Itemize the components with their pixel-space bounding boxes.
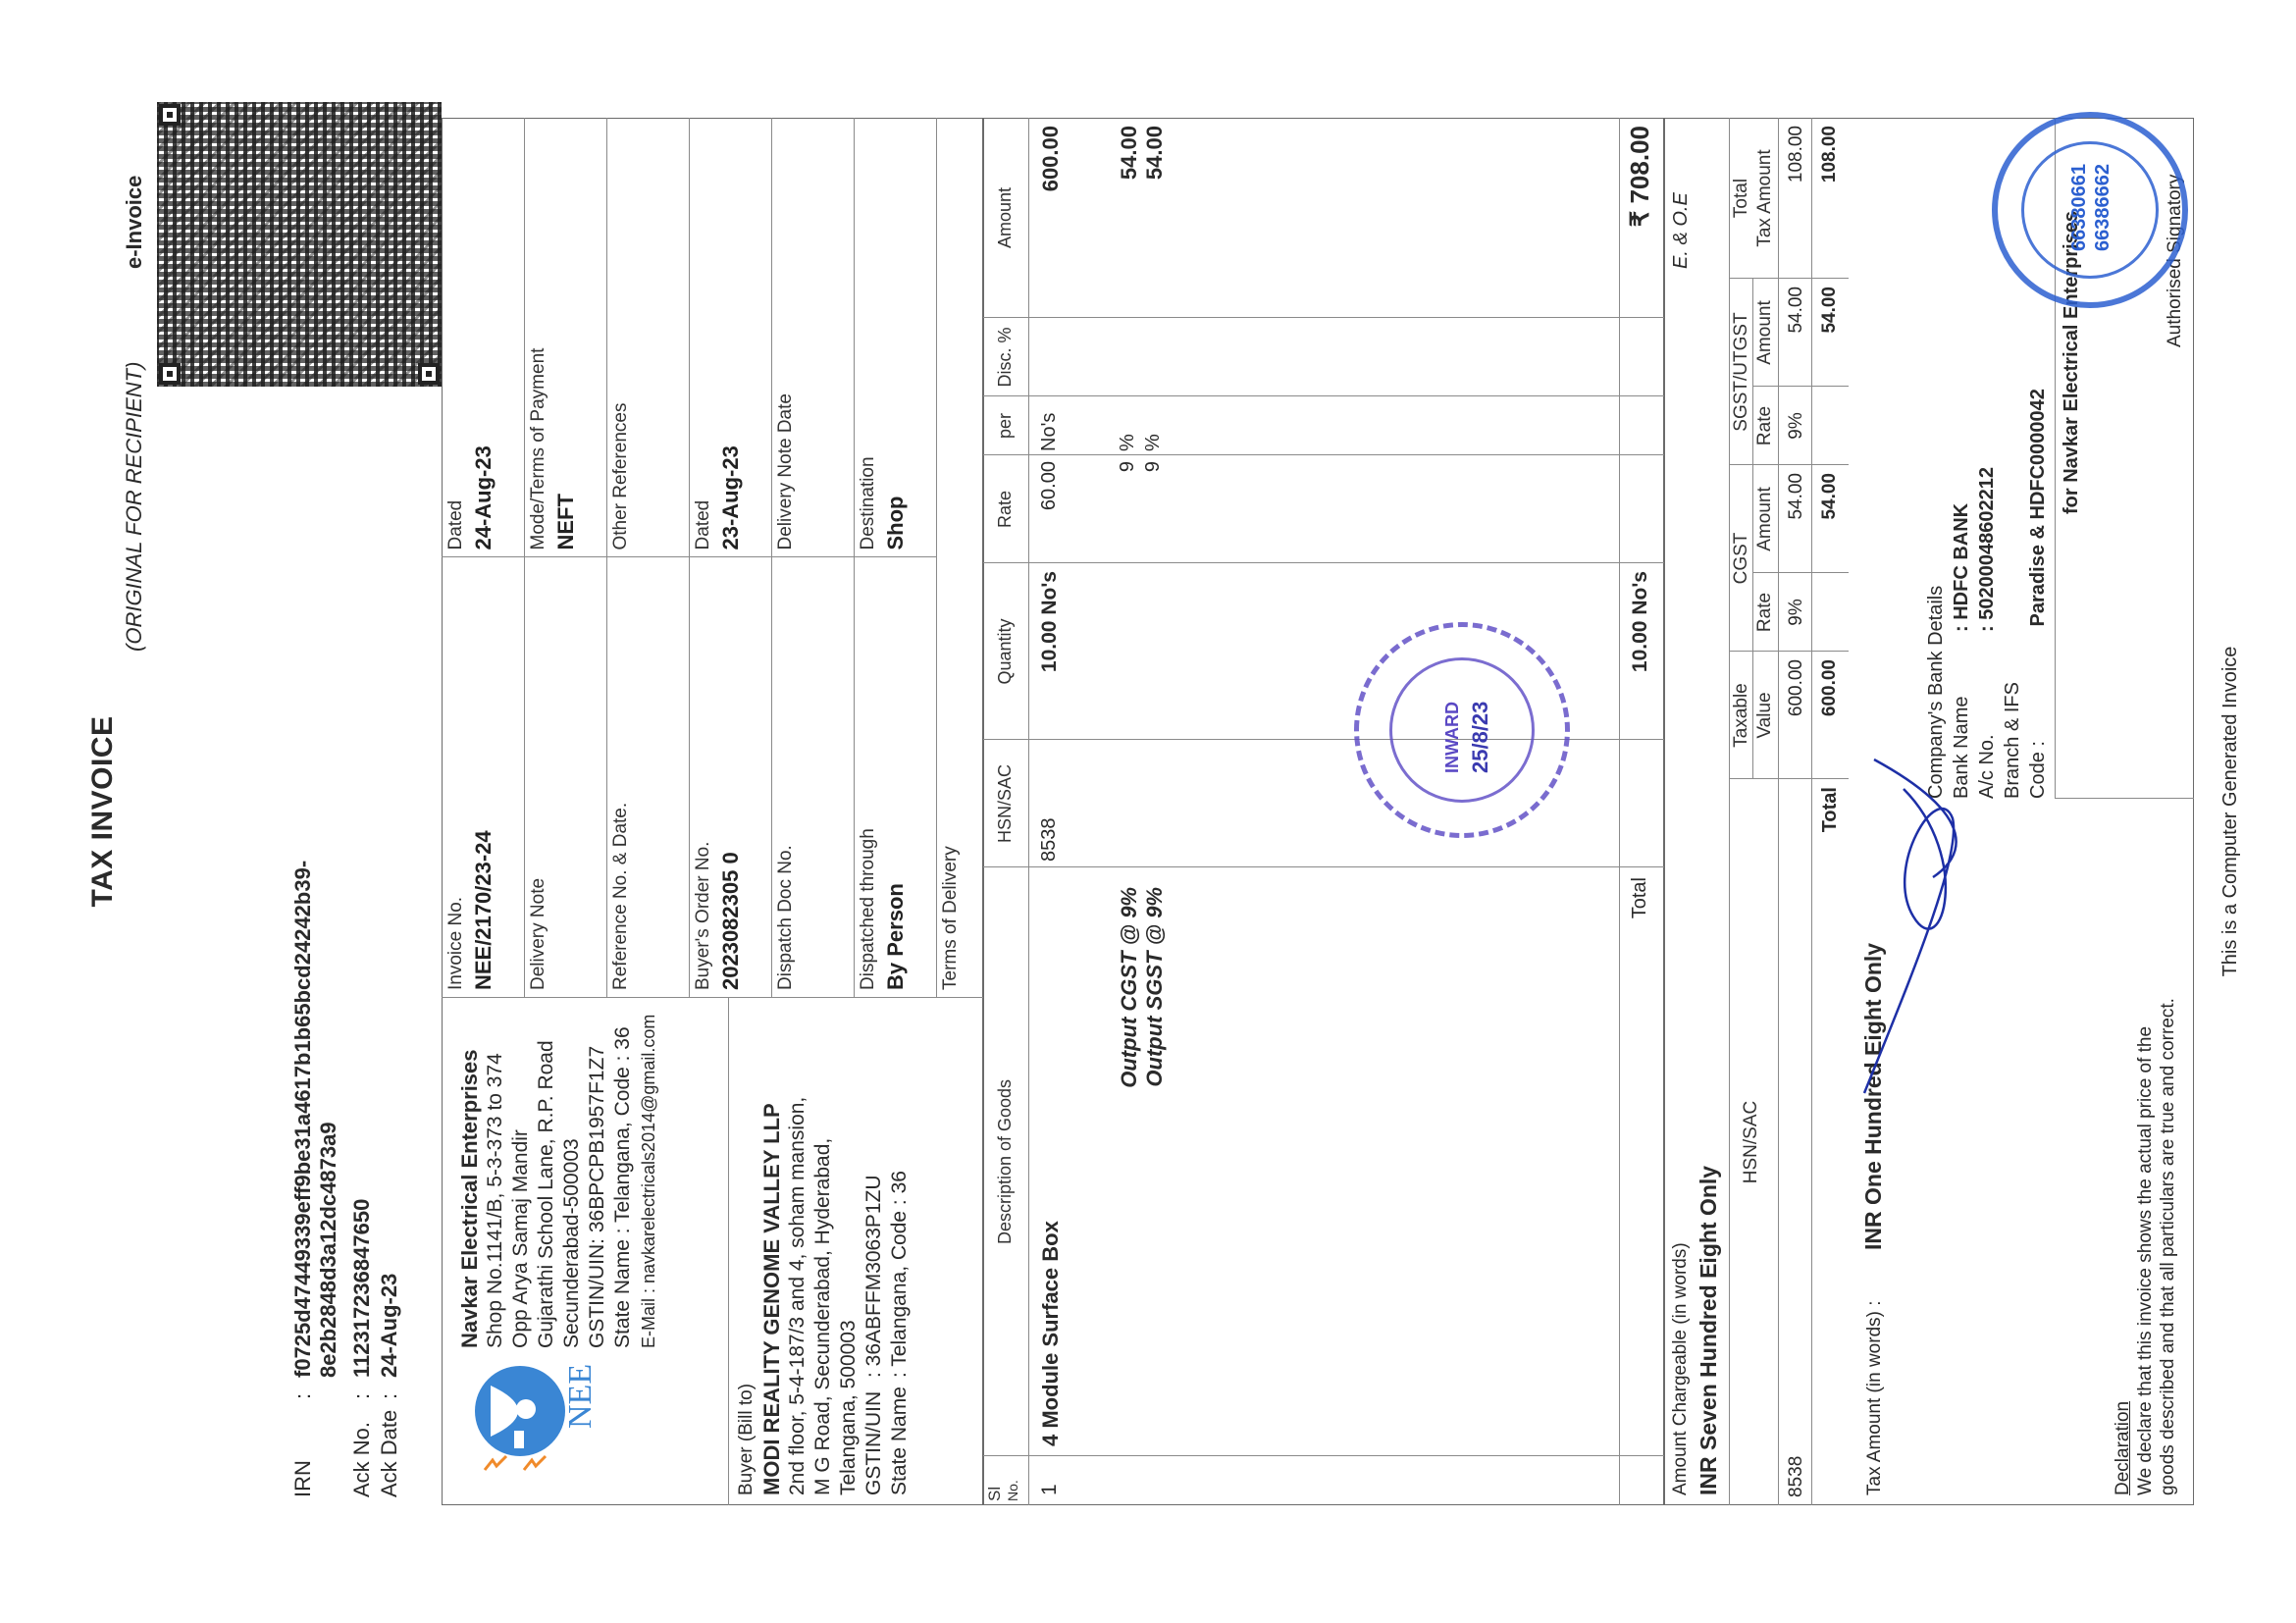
meta-value: By Person [883, 883, 909, 990]
qr-finder-icon [159, 363, 181, 385]
meta-value: 23-Aug-23 [718, 445, 744, 550]
seller-state: State Name : Telangana, Code : 36 [610, 1005, 636, 1348]
signature-icon [1845, 720, 1992, 1113]
eoe-label: E. & O.E [1670, 192, 1693, 269]
item-sl: 1 [1038, 1484, 1062, 1495]
tax-row-amount: 54.00 [1142, 126, 1168, 318]
tax-row-per: % [1117, 434, 1139, 451]
invoice-page: TAX INVOICE (ORIGINAL FOR RECIPIENT) e-I… [0, 0, 2296, 1623]
account-number: : 50200048602212 [1976, 467, 1998, 632]
col-header: Description of Goods [995, 867, 1016, 1456]
tax-row-hsn: 8538 [1786, 1456, 1807, 1497]
tax-row-sgst-rate: 9% [1786, 387, 1807, 465]
buyer-label: Buyer (Bill to) [734, 1005, 759, 1495]
nee-logo-icon: NEE [461, 1350, 599, 1488]
tax-total-cgst: 54.00 [1819, 473, 1841, 573]
meta-label: Buyer's Order No. [693, 842, 714, 990]
meta-label: Mode/Terms of Payment [528, 348, 549, 550]
tax-row-taxable: 600.00 [1786, 659, 1807, 779]
page-title: TAX INVOICE [86, 118, 120, 1505]
bank-name: : HDFC BANK [1951, 503, 1972, 632]
tax-col-taxable: Value [1754, 652, 1776, 779]
divider [1619, 118, 1620, 1505]
divider [936, 118, 937, 998]
item-quantity: 10.00 No's [1038, 571, 1062, 740]
divider [689, 118, 690, 998]
meta-label: Terms of Delivery [940, 846, 962, 990]
tax-total-label: Total [1819, 787, 1842, 1505]
seller-name: Navkar Electrical Enterprises [457, 1005, 483, 1348]
tax-col-amount: Amount [1754, 279, 1776, 387]
tax-col-rate: Rate [1754, 573, 1776, 652]
tax-total-amount: 108.00 [1819, 126, 1841, 279]
branch-label: Branch & IFS Code : [2000, 632, 2051, 799]
buyer-name: MODI REALITY GENOME VALLEY LLP [759, 1005, 785, 1495]
divider [983, 562, 1664, 563]
divider [854, 118, 855, 998]
declaration: Declaration We declare that this invoice… [2112, 998, 2179, 1495]
qr-code-icon [157, 102, 442, 387]
meta-label: Reference No. & Date. [610, 803, 632, 990]
buyer-gstin-label: GSTIN/UIN [861, 1378, 887, 1495]
divider [1752, 279, 1753, 779]
total-quantity: 10.00 No's [1629, 571, 1652, 740]
stamp-phone: 66380661 [2068, 164, 2091, 251]
meta-label: Other References [610, 403, 632, 550]
meta-value: NEFT [553, 494, 579, 550]
divider [983, 454, 1664, 455]
ack-date-value: 24-Aug-23 [377, 1274, 402, 1378]
ack-date-colon: : [377, 1393, 402, 1399]
amount-words-label: Amount Chargeable (in words) [1670, 1242, 1692, 1495]
tax-col-total: Tax Amount [1754, 118, 1776, 279]
divider [983, 317, 1664, 318]
tax-total-taxable: 600.00 [1819, 659, 1841, 779]
tax-words-label: Tax Amount (in words) : [1864, 1300, 1886, 1495]
buyer-state: : Telangana, Code : 36 [888, 1171, 911, 1378]
divider [524, 118, 525, 998]
seller-address-line: Shop No.1141/B, 5-3-373 to 374 [483, 1005, 508, 1348]
footer-note: This is a Computer Generated Invoice [2219, 118, 2242, 1505]
buyer-block: Buyer (Bill to) MODI REALITY GENOME VALL… [734, 1005, 913, 1495]
col-header: HSN/SAC [995, 740, 1016, 867]
seller-gstin: GSTIN/UIN: 36BPCPB1957F1Z7 [585, 1005, 610, 1348]
ack-no-value: 112317236847650 [349, 1199, 375, 1378]
seller-address-line: Opp Arya Samaj Mandir [508, 1005, 534, 1348]
meta-value: 2023082305 0 [718, 852, 744, 990]
receiver-stamp-inward: INWARD [1442, 702, 1463, 773]
col-header: Quantity [995, 563, 1016, 740]
divider [983, 866, 1664, 867]
divider [771, 118, 772, 998]
meta-label: Dispatched through [858, 828, 879, 990]
tax-summary-table: HSN/SACTaxableValueCGSTSGST/UTGSTRateAmo… [1729, 118, 1849, 1505]
meta-label: Dispatch Doc No. [775, 845, 797, 990]
logo-text: NEE [562, 1364, 599, 1429]
col-header-sl: Sl [985, 1487, 1005, 1501]
buyer-state-label: State Name [887, 1378, 913, 1495]
seller-address-line: Secunderabad-500003 [559, 1005, 585, 1348]
ack-no-colon: : [349, 1393, 375, 1399]
qr-finder-icon [418, 363, 440, 385]
stamp-phone: 66386662 [2092, 164, 2114, 251]
meta-value: 24-Aug-23 [471, 445, 496, 550]
meta-value: NEE/2170/23-24 [471, 830, 496, 990]
copy-label: (ORIGINAL FOR RECIPIENT) [122, 362, 147, 652]
tax-row-rate: 9 [1142, 461, 1165, 563]
meta-label: Delivery Note Date [775, 393, 797, 550]
tax-row-total: 108.00 [1786, 126, 1807, 279]
tax-col-sgst: SGST/UTGST [1731, 279, 1752, 465]
ack-no-label: Ack No. [349, 1422, 375, 1497]
tax-row-description: Output CGST @ 9% [1117, 887, 1142, 1446]
col-header: Rate [995, 455, 1016, 563]
divider [1028, 118, 1029, 1505]
meta-label: Delivery Note [528, 878, 549, 990]
ack-date-label: Ack Date [377, 1410, 402, 1497]
item-amount: 600.00 [1038, 126, 1064, 318]
receiver-stamp-date: 25/8/23 [1468, 702, 1493, 773]
item-description: 4 Module Surface Box [1038, 1221, 1064, 1446]
divider [983, 395, 1664, 396]
seller-block: Navkar Electrical Enterprises Shop No.11… [457, 1005, 661, 1348]
einvoice-label: e-Invoice [122, 176, 147, 269]
declaration-text: We declare that this invoice shows the a… [2134, 998, 2157, 1495]
tax-col-hsn: HSN/SAC [1741, 779, 1762, 1505]
irn-label: IRN [290, 1460, 316, 1497]
invoice-meta-grid: Invoice No.NEE/2170/23-24Dated24-Aug-23D… [442, 118, 983, 998]
item-rate: 60.00 [1038, 461, 1061, 563]
tax-row-rate: 9 [1117, 461, 1139, 563]
col-header: Amount [995, 118, 1016, 318]
buyer-gstin: : 36ABFFM3063P1ZU [862, 1175, 885, 1378]
divider [1778, 118, 1779, 1505]
seller-email: E-Mail : navkarelectricals2014@gmail.com [636, 1005, 661, 1348]
tax-col-total: Total [1731, 118, 1752, 279]
irn-colon: : [290, 1393, 316, 1399]
buyer-address-line: 2nd floor, 5-4-187/3 and 4, soham mansio… [785, 1005, 810, 1495]
divider [1729, 118, 1730, 1505]
qr-finder-icon [159, 104, 181, 126]
declaration-title: Declaration [2112, 998, 2134, 1495]
col-header: Disc. % [995, 318, 1016, 396]
total-label: Total [1629, 877, 1651, 1456]
divider [1811, 118, 1812, 1505]
irn-value-line1: f0725d47449339eff9be31a4617b1b65bcd24242… [290, 861, 316, 1378]
tax-row-description: Output SGST @ 9% [1142, 887, 1168, 1446]
meta-value: Shop [883, 497, 909, 550]
tax-row-cgst-amount: 54.00 [1786, 473, 1807, 573]
tax-col-amount: Amount [1754, 465, 1776, 573]
item-per: No's [1038, 413, 1061, 451]
tax-row-cgst-rate: 9% [1786, 573, 1807, 652]
seller-address-line: Gujarathi School Lane, R.P. Road [534, 1005, 559, 1348]
declaration-text: goods described and that all particulars… [2157, 998, 2179, 1495]
col-header: per [995, 396, 1016, 455]
branch-ifsc: Paradise & HDFC0000042 [2027, 389, 2049, 626]
tax-total-sgst: 54.00 [1819, 287, 1841, 387]
amount-words-value: INR Seven Hundred Eight Only [1696, 1166, 1722, 1495]
tax-row-amount: 54.00 [1117, 126, 1142, 318]
tax-row-sgst-amount: 54.00 [1786, 287, 1807, 387]
items-grid: SlNo.Description of GoodsHSN/SACQuantity… [983, 118, 1664, 1505]
divider [606, 118, 607, 998]
item-hsn: 8538 [1038, 818, 1061, 863]
tax-col-rate: Rate [1754, 387, 1776, 465]
meta-label: Dated [445, 500, 467, 550]
tax-col-cgst: CGST [1731, 465, 1752, 652]
tax-col-taxable: Taxable [1731, 652, 1752, 779]
meta-label: Invoice No. [445, 897, 467, 990]
meta-label: Destination [858, 456, 879, 550]
irn-value-line2: 8e2b2848d3a12dc4873a9 [316, 1122, 341, 1378]
grand-total: ₹ 708.00 [1625, 126, 1655, 357]
divider [983, 1455, 1664, 1456]
meta-label: Dated [693, 500, 714, 550]
col-header-sl-no: No. [1005, 1480, 1020, 1501]
buyer-address-line: Telangana, 500003 [836, 1005, 861, 1495]
tax-row-per: % [1142, 434, 1165, 451]
buyer-address-line: M G Road, Secunderabad, Hyderabad, [810, 1005, 836, 1495]
